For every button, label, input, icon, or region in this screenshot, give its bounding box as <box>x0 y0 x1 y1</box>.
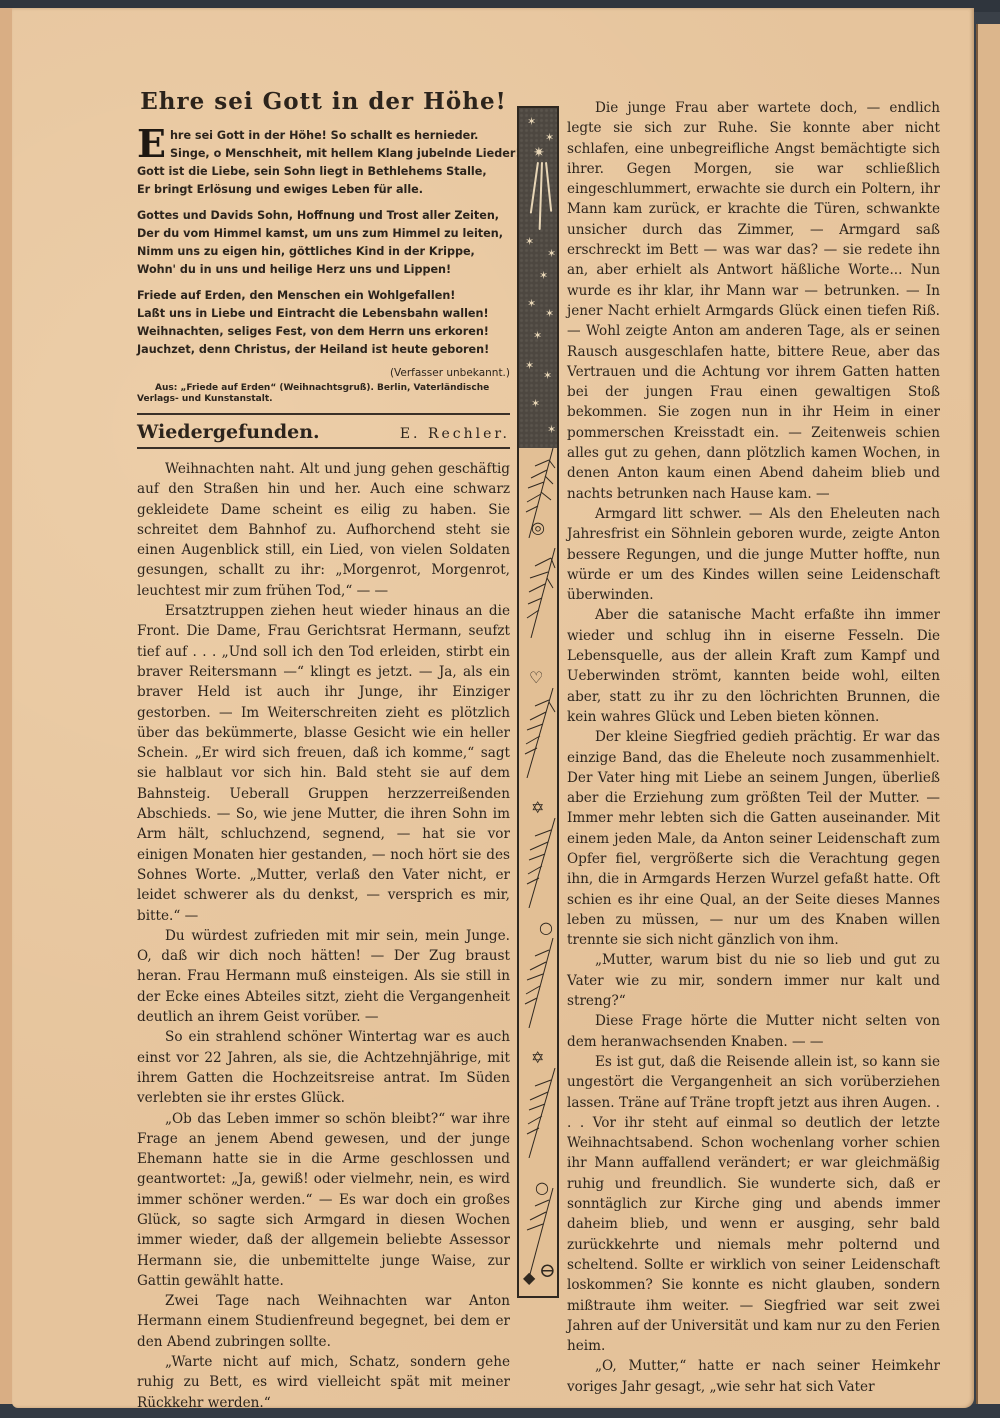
star-icon: ✶ <box>525 360 534 371</box>
star-icon: ✶ <box>545 308 554 319</box>
paragraph: „Mutter, warum bist du nie so lieb und g… <box>567 950 940 1011</box>
paragraph: Weihnachten naht. Alt und jung gehen ges… <box>137 459 510 601</box>
poem-stanza-1: E hre sei Gott in der Höhe! So schallt e… <box>137 127 510 199</box>
star-icon: ✶ <box>543 370 552 381</box>
poem-line: Friede auf Erden, den Menschen ein Wohlg… <box>137 287 510 305</box>
paragraph: Aber die satanische Macht erfaßte ihn im… <box>567 605 940 727</box>
next-page-edge <box>976 24 1000 1418</box>
comet-icon: ✷ <box>533 148 545 159</box>
diamond-ornament-icon: ◆ <box>523 1268 535 1287</box>
poem-stanza-2: Gottes und Davids Sohn, Hoffnung und Tro… <box>137 207 510 279</box>
poem-source-note: Aus: „Friede auf Erden“ (Weihnachtsgruß)… <box>137 383 510 405</box>
paragraph: Zwei Tage nach Weihnachten war Anton Her… <box>137 1291 510 1352</box>
star-icon: ✶ <box>531 398 540 409</box>
poem-stanza-3: Friede auf Erden, den Menschen ein Wohlg… <box>137 287 510 359</box>
paragraph: „O, Mutter,“ hatte er nach seiner Heimke… <box>567 1356 940 1397</box>
poem-line: hre sei Gott in der Höhe! So schallt es … <box>137 127 510 145</box>
star-icon: ✶ <box>527 298 536 309</box>
poem-dropcap: E <box>137 129 166 159</box>
fir-branch-icon <box>523 1068 557 1158</box>
newspaper-page: Ehre sei Gott in der Höhe! E hre sei Got… <box>12 8 974 1408</box>
star-icon: ✶ <box>539 270 548 281</box>
story-text-left: Weihnachten naht. Alt und jung gehen ges… <box>137 459 510 1413</box>
poem-line: Jauchzet, denn Christus, der Heiland ist… <box>137 341 510 359</box>
divider-rule <box>137 447 510 449</box>
poem-line: Er bringt Erlösung und ewiges Leben für … <box>137 181 510 199</box>
paragraph: Armgard litt schwer. — Als den Eheleuten… <box>567 504 940 605</box>
left-column: Ehre sei Gott in der Höhe! E hre sei Got… <box>137 88 510 1413</box>
poem-line: Der du vom Himmel kamst, um uns zum Himm… <box>137 225 510 243</box>
heart-ornament-icon: ♡ <box>529 668 543 687</box>
paragraph: Ersatztruppen ziehen heut wieder hinaus … <box>137 601 510 926</box>
story-author: E. Rechler. <box>400 426 510 442</box>
star-ornament-icon: ✡ <box>531 1048 544 1067</box>
source-line: Verlags- und Kunstanstalt. <box>137 394 510 405</box>
right-column: Die junge Frau aber wartete doch, — endl… <box>567 98 940 1397</box>
poem-line: Singe, o Menschheit, mit hellem Klang ju… <box>137 145 510 163</box>
fir-branch-icon <box>523 938 557 1028</box>
star-icon: ✶ <box>545 132 554 143</box>
bauble-icon: ○ <box>539 918 553 937</box>
story-title: Wiedergefunden. <box>137 421 320 443</box>
fir-branch-icon <box>523 818 557 908</box>
star-icon: ✶ <box>547 424 556 435</box>
star-ornament-icon: ✡ <box>531 798 544 817</box>
source-line: Aus: „Friede auf Erden“ (Weihnachtsgruß)… <box>137 383 510 394</box>
fir-branch-icon <box>523 688 557 778</box>
poem-line: Nimm uns zu eigen hin, göttliches Kind i… <box>137 243 510 261</box>
fir-branch-icon <box>523 548 557 638</box>
paragraph: Es ist gut, daß die Reisende allein ist,… <box>567 1052 940 1356</box>
star-icon: ✶ <box>527 116 536 127</box>
paragraph: „Ob das Leben immer so schön bleibt?“ wa… <box>137 1109 510 1292</box>
story-text-right: Die junge Frau aber wartete doch, — endl… <box>567 98 940 1397</box>
decorative-border-strip: ✶ ✶ ✷ ✶ ✶ ✶ ✶ ✶ ✶ ✶ ✶ ✶ ✶ ◎ ♡ ✡ ○ ✡ ○ ◆ … <box>517 106 559 1298</box>
poem-author-note: (Verfasser unbekannt.) <box>137 367 510 379</box>
poem-title: Ehre sei Gott in der Höhe! <box>137 88 510 115</box>
paragraph: „Warte nicht auf mich, Schatz, sondern g… <box>137 1352 510 1413</box>
poem-line: Gottes und Davids Sohn, Hoffnung und Tro… <box>137 207 510 225</box>
paragraph: Du würdest zufrieden mit mir sein, mein … <box>137 926 510 1027</box>
poem-line: Laßt uns in Liebe und Eintracht die Lebe… <box>137 305 510 323</box>
star-icon: ✶ <box>525 236 534 247</box>
poem-line: Wohn' du in uns und heilige Herz uns und… <box>137 261 510 279</box>
star-icon: ✶ <box>533 330 542 341</box>
paragraph: Diese Frage hörte die Mutter nicht selte… <box>567 1011 940 1052</box>
ornamental-letter-icon: ⊖ <box>539 1258 556 1282</box>
story-header: Wiedergefunden. E. Rechler. <box>137 415 510 447</box>
paragraph: Die junge Frau aber wartete doch, — endl… <box>567 98 940 504</box>
paragraph: So ein strahlend schöner Wintertag war e… <box>137 1027 510 1108</box>
bauble-icon: ◎ <box>531 518 545 537</box>
poem-line: Weihnachten, seliges Fest, von dem Herrn… <box>137 323 510 341</box>
paragraph: Der kleine Siegfried gedieh prächtig. Er… <box>567 727 940 950</box>
poem-line: Gott ist die Liebe, sein Sohn liegt in B… <box>137 163 510 181</box>
star-icon: ✶ <box>547 248 556 259</box>
